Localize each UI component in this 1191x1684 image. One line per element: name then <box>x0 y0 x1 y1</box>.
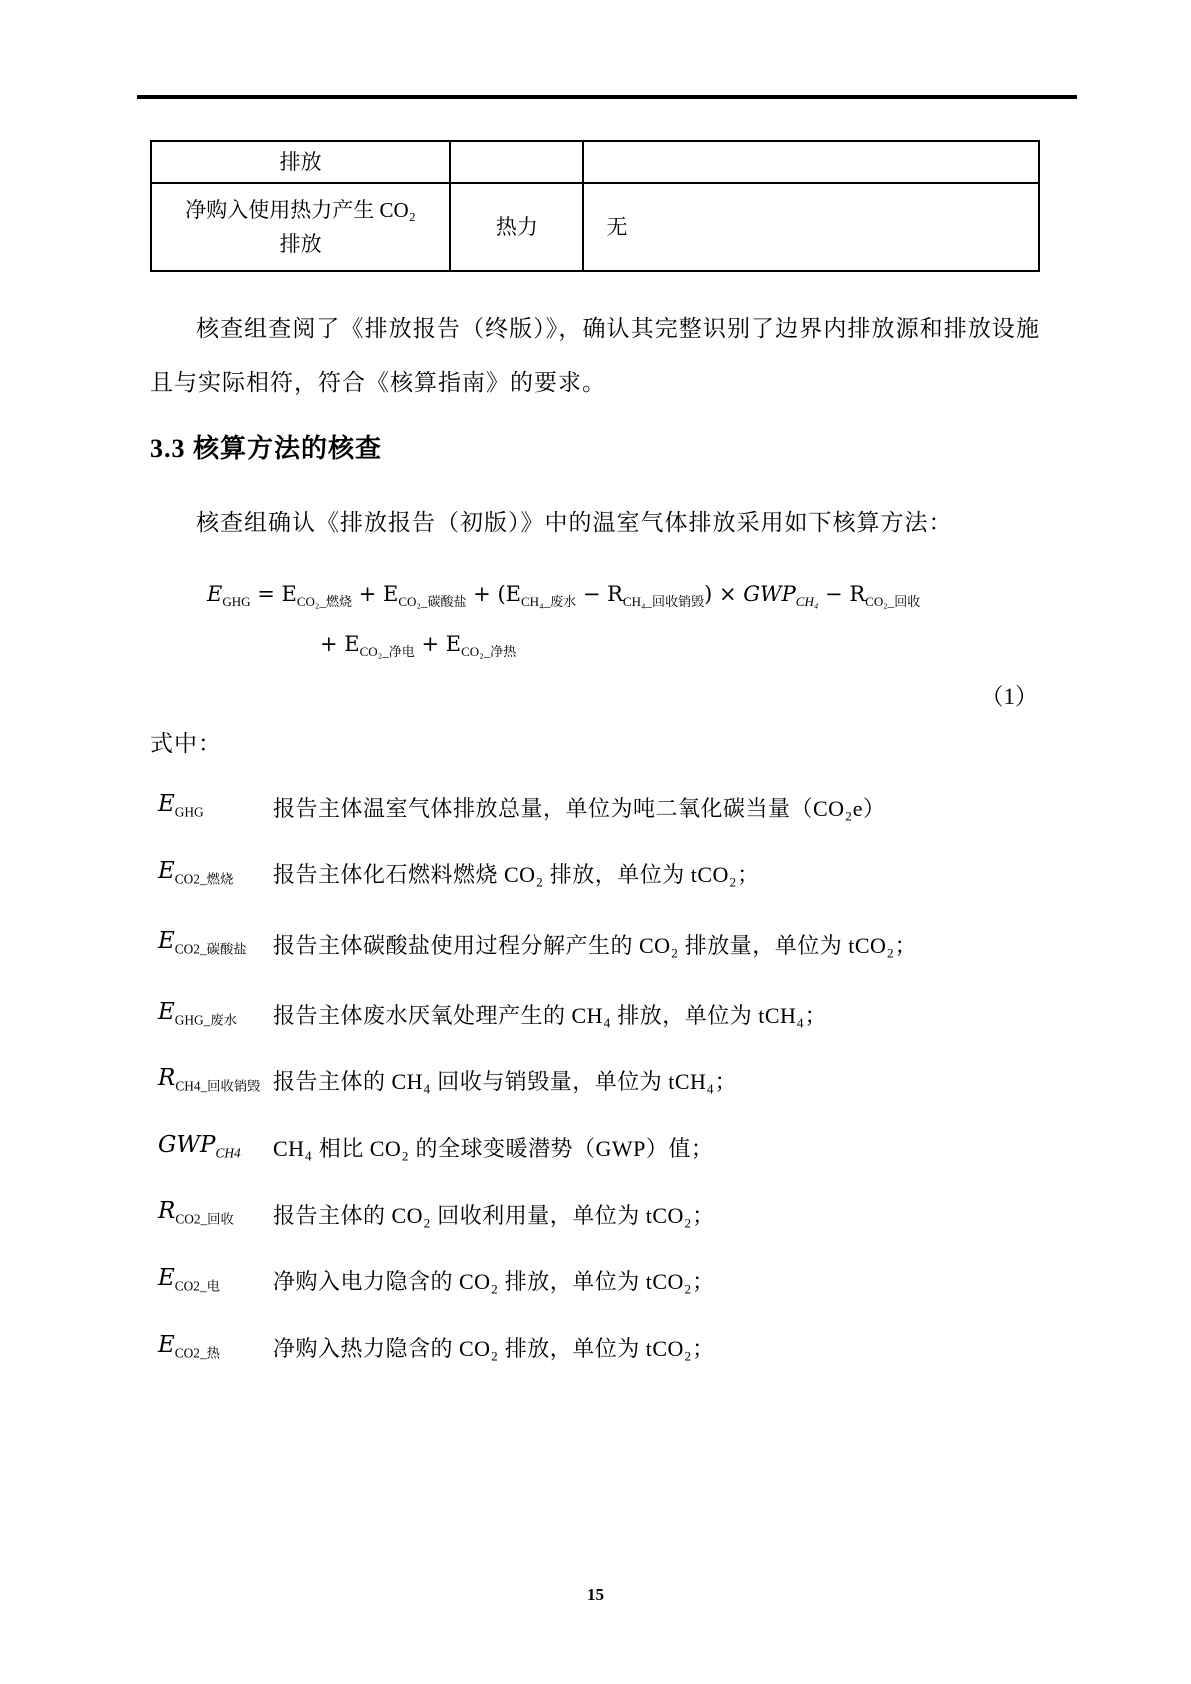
paragraph-verification: 核查组查阅了《排放报告（终版）》，确认其完整识别了边界内排放源和排放设施且与实际… <box>150 302 1040 410</box>
table-cell <box>583 141 1039 183</box>
formula-operator: − <box>576 582 607 606</box>
table-row: 净购入使用热力产生 CO₂ 排放 热力 无 <box>151 183 1039 271</box>
variable-description: 报告主体碳酸盐使用过程分解产生的 CO₂ 排放量，单位为 tCO₂； <box>273 918 1040 974</box>
page-number: 15 <box>0 1585 1191 1605</box>
page-content: 排放 净购入使用热力产生 CO₂ 排放 热力 无 核查组查阅了《排放报告（终版）… <box>150 0 1040 1391</box>
table-cell: 无 <box>583 183 1039 271</box>
definition-row: ECO2_热 净购入热力隐含的 CO₂ 排放，单位为 tCO₂； <box>150 1325 1040 1374</box>
definition-row: GWPCH4 CH₄ 相比 CO₂ 的全球变暖潜势（GWP）值； <box>150 1125 1040 1174</box>
table-cell <box>450 141 583 183</box>
formula-term: ECO₂_净电 <box>344 632 415 656</box>
table-row: 排放 <box>151 141 1039 183</box>
variable-description: 报告主体化石燃料燃烧 CO₂ 排放，单位为 tCO₂； <box>273 855 1040 895</box>
section-number: 3.3 <box>150 434 186 463</box>
variable-description: 报告主体的 CO₂ 回收利用量，单位为 tCO₂； <box>273 1196 1040 1236</box>
formula-operator: + ( <box>467 582 506 606</box>
variable-description: 报告主体的 CH₄ 回收与销毁量，单位为 tCH₄； <box>273 1062 1040 1102</box>
where-label: 式中： <box>150 725 1040 758</box>
formula-operator: − <box>818 582 849 606</box>
variable-symbol: GWPCH4 <box>150 1125 273 1174</box>
formula-term: ECO₂_碳酸盐 <box>383 582 467 606</box>
equation-number: （1） <box>150 678 1040 711</box>
formula-operator: = <box>251 582 282 606</box>
document-page: 排放 净购入使用热力产生 CO₂ 排放 热力 无 核查组查阅了《排放报告（终版）… <box>0 0 1191 1684</box>
formula-term: GWPCH₄ <box>743 582 818 606</box>
variable-symbol: RCH4_回收销毁 <box>150 1058 273 1107</box>
equation-line-2: + ECO₂_净电 + ECO₂_净热 <box>150 626 1040 670</box>
variable-symbol: EGHG <box>150 784 273 833</box>
variable-description: 净购入热力隐含的 CO₂ 排放，单位为 tCO₂； <box>273 1329 1040 1369</box>
variable-symbol: ECO2_碳酸盐 <box>150 921 273 970</box>
formula-operator: + <box>415 632 446 656</box>
definition-row: EGHG_废水 报告主体废水厌氧处理产生的 CH₄ 排放，单位为 tCH₄； <box>150 992 1040 1041</box>
table-cell: 热力 <box>450 183 583 271</box>
table-cell: 排放 <box>151 141 450 183</box>
variable-description: 报告主体温室气体排放总量，单位为吨二氧化碳当量（CO₂e） <box>273 789 1040 829</box>
variable-symbol: ECO2_热 <box>150 1325 273 1374</box>
formula-operator: ) × <box>704 582 743 606</box>
definition-row: ECO2_燃烧 报告主体化石燃料燃烧 CO₂ 排放，单位为 tCO₂； <box>150 851 1040 900</box>
section-title: 核算方法的核查 <box>193 434 382 463</box>
formula-term: RCH₄_回收销毁 <box>607 582 704 606</box>
formula-operator: + <box>320 632 344 656</box>
emission-source-table: 排放 净购入使用热力产生 CO₂ 排放 热力 无 <box>150 140 1040 272</box>
ghg-equation: EGHG = ECO₂_燃烧 + ECO₂_碳酸盐 + (ECH₄_废水 − R… <box>150 576 1040 711</box>
definition-row: ECO2_碳酸盐 报告主体碳酸盐使用过程分解产生的 CO₂ 排放量，单位为 tC… <box>150 918 1040 974</box>
variable-symbol: ECO2_燃烧 <box>150 851 273 900</box>
formula-operator: + <box>352 582 383 606</box>
formula-term: ECO₂_燃烧 <box>282 582 353 606</box>
variable-symbol: RCO2_回收 <box>150 1191 273 1240</box>
definition-row: RCH4_回收销毁 报告主体的 CH₄ 回收与销毁量，单位为 tCH₄； <box>150 1058 1040 1107</box>
definition-row: RCO2_回收 报告主体的 CO₂ 回收利用量，单位为 tCO₂； <box>150 1191 1040 1240</box>
formula-term: ECH₄_废水 <box>506 582 577 606</box>
variable-description: CH₄ 相比 CO₂ 的全球变暖潜势（GWP）值； <box>273 1129 1040 1169</box>
variable-symbol: EGHG_废水 <box>150 992 273 1041</box>
definition-row: EGHG 报告主体温室气体排放总量，单位为吨二氧化碳当量（CO₂e） <box>150 784 1040 833</box>
variable-symbol: ECO2_电 <box>150 1258 273 1307</box>
table-cell: 净购入使用热力产生 CO₂ 排放 <box>151 183 450 271</box>
paragraph-method: 核查组确认《排放报告（初版）》中的温室气体排放采用如下核算方法： <box>150 496 1040 550</box>
section-heading: 3.3 核算方法的核查 <box>150 432 1040 466</box>
formula-term: RCO₂_回收 <box>849 582 920 606</box>
definition-row: ECO2_电 净购入电力隐含的 CO₂ 排放，单位为 tCO₂； <box>150 1258 1040 1307</box>
variable-description: 报告主体废水厌氧处理产生的 CH₄ 排放，单位为 tCH₄； <box>273 996 1040 1036</box>
variable-definitions: EGHG 报告主体温室气体排放总量，单位为吨二氧化碳当量（CO₂e） ECO2_… <box>150 784 1040 1373</box>
formula-term: ECO₂_净热 <box>446 632 517 656</box>
formula-term: EGHG <box>207 582 251 606</box>
variable-description: 净购入电力隐含的 CO₂ 排放，单位为 tCO₂； <box>273 1262 1040 1302</box>
equation-line-1: EGHG = ECO₂_燃烧 + ECO₂_碳酸盐 + (ECH₄_废水 − R… <box>150 576 1040 620</box>
